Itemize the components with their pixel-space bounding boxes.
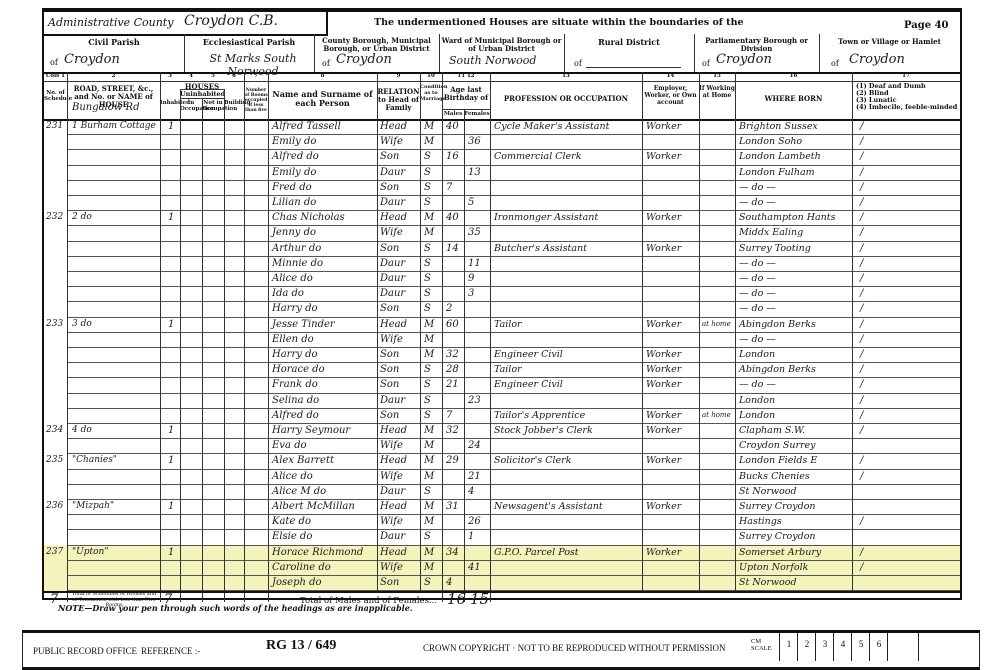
- age-male: 34: [446, 544, 459, 561]
- age-male: 14: [446, 240, 459, 257]
- working-at-home: at home: [702, 316, 731, 333]
- schedule-number: 231: [46, 118, 63, 135]
- inhabited-count: 1: [168, 118, 174, 135]
- age-female: 13: [468, 164, 481, 181]
- table-row: 237"Upton"1Horace RichmondHeadM34G.P.O. …: [44, 546, 960, 561]
- occupation: Cycle Maker's Assistant: [494, 118, 609, 135]
- house-name: "Upton": [72, 544, 108, 561]
- admin-county-label: Administrative County: [48, 16, 173, 29]
- occupation: Tailor: [494, 316, 522, 333]
- schedule-number: 232: [46, 209, 63, 226]
- age-male: 16: [446, 148, 459, 165]
- inhabited-count: 1: [168, 498, 174, 515]
- col-relation: RELATION to Head of Family: [377, 88, 420, 112]
- schedule-number: 236: [46, 498, 63, 515]
- age-female: 41: [468, 559, 481, 576]
- table-row: Emily doDaurS13London Fulham/: [44, 166, 960, 181]
- age-male: 60: [446, 316, 459, 333]
- inhabited-count: 1: [168, 422, 174, 439]
- admin-county-value: Croydon C.B.: [184, 13, 278, 29]
- total-males: 16: [447, 590, 466, 608]
- table-row: Fred doSonS7— do —/: [44, 181, 960, 196]
- county-borough-value: Croydon: [336, 52, 392, 67]
- census-table-body: 2311 Burham Cottage1Alfred TassellHeadM4…: [44, 120, 960, 591]
- copyright-text: CROWN COPYRIGHT · NOT TO BE REPRODUCED W…: [423, 643, 726, 653]
- condition: S: [424, 574, 431, 591]
- col-employer: Employer, Worker, or Own account: [642, 85, 699, 106]
- rural-district: Rural District of: [564, 34, 695, 72]
- age-female: 1: [468, 528, 474, 545]
- working-at-home: at home: [702, 407, 731, 424]
- employer-status: Worker: [646, 316, 681, 333]
- employer-status: Worker: [646, 240, 681, 257]
- age-male: 31: [446, 498, 459, 515]
- house-name: 1 Burham Cottage: [72, 118, 156, 135]
- office-label: PUBLIC RECORD OFFICE: [33, 646, 137, 656]
- birthplace: St Norwood: [739, 574, 797, 591]
- census-page: Administrative County Croydon C.B. The u…: [42, 8, 962, 600]
- col-in-occupation: In Occupation: [180, 100, 202, 112]
- table-row: Frank doSonS21Engineer CivilWorker— do —…: [44, 378, 960, 393]
- infirmity-mark: /: [860, 468, 863, 485]
- table-row: Joseph doSonS4St Norwood: [44, 576, 960, 591]
- parliamentary-borough: Parliamentary Borough or Division of Cro…: [694, 34, 820, 72]
- employer-status: Worker: [646, 148, 681, 165]
- table-row: 236"Mizpah"1Albert McMillanHeadM31Newsag…: [44, 500, 960, 515]
- age-female: 35: [468, 224, 481, 241]
- table-row: Alice doWifeM21Bucks Chenies/: [44, 470, 960, 485]
- col-schedule: No. of Schedule: [44, 90, 67, 102]
- town-value: Croydon: [849, 52, 905, 67]
- employer-status: Worker: [646, 118, 681, 135]
- total-females: 15: [470, 590, 489, 608]
- county-borough: County Borough, Municipal Borough, or Ur…: [314, 34, 440, 72]
- house-name: "Mizpah": [72, 498, 114, 515]
- occupation: Stock Jobber's Clerk: [494, 422, 593, 439]
- town: Town or Village or Hamlet of Croydon: [819, 34, 960, 72]
- person-name: Joseph do: [272, 574, 322, 591]
- house-name: "Chanies": [72, 452, 117, 469]
- relation: Son: [380, 574, 399, 591]
- table-row: 2311 Burham Cottage1Alfred TassellHeadM4…: [44, 120, 960, 135]
- scale-label: CM SCALE: [751, 638, 773, 652]
- employer-status: Worker: [646, 209, 681, 226]
- house-name: 2 do: [72, 209, 92, 226]
- occupation: Commercial Clerk: [494, 148, 581, 165]
- schedule-number: 234: [46, 422, 63, 439]
- age-male: 4: [446, 574, 452, 591]
- cm-scale: 1 2 3 4 5 6: [779, 633, 959, 661]
- admin-county-box: Administrative County Croydon C.B.: [44, 12, 328, 36]
- infirmity-mark: /: [860, 513, 863, 530]
- intro-text: The undermentioned Houses are situate wi…: [374, 17, 744, 28]
- infirmity-mark: /: [860, 422, 863, 439]
- house-name: 3 do: [72, 316, 92, 333]
- table-row: Alfred doSonS16Commercial ClerkWorkerLon…: [44, 150, 960, 165]
- table-row: 2333 do1Jesse TinderHeadM60TailorWorkera…: [44, 318, 960, 333]
- civil-parish-value: Croydon: [64, 52, 120, 67]
- col-age: Age last Birthday of: [442, 86, 490, 102]
- parliamentary-value: Croydon: [716, 52, 772, 67]
- civil-parish: Civil Parish of Croydon: [44, 34, 185, 72]
- employer-status: Worker: [646, 452, 681, 469]
- age-female: 3: [468, 285, 474, 302]
- occupation: Newsagent's Assistant: [494, 498, 603, 515]
- inhabited-count: 1: [168, 452, 174, 469]
- area-header: Civil Parish of Croydon Ecclesiastical P…: [44, 34, 960, 74]
- schedule-number: 237: [46, 544, 63, 561]
- age-female: 4: [468, 483, 474, 500]
- page-number: Page 40: [904, 20, 948, 31]
- age-male: 21: [446, 376, 459, 393]
- age-male: 7: [446, 179, 452, 196]
- column-headers: Cols 1 2 3 4 5 6 7 8 9 10 11 12 13 14 15…: [44, 72, 960, 121]
- employer-status: Worker: [646, 498, 681, 515]
- col-inhabited: Inhabited: [160, 100, 180, 106]
- table-row: Caroline doWifeM41Upton Norfolk/: [44, 561, 960, 576]
- occupation: G.P.O. Parcel Post: [494, 544, 579, 561]
- age-female: 36: [468, 133, 481, 150]
- occupation: Butcher's Assistant: [494, 240, 587, 257]
- occupation: Solicitor's Clerk: [494, 452, 571, 469]
- col-where-born: WHERE BORN: [735, 94, 852, 103]
- col-not-in-occupation: Not in Occupation: [202, 100, 224, 112]
- employer-status: Worker: [646, 376, 681, 393]
- reference-label: REFERENCE :-: [141, 646, 200, 656]
- age-female: 5: [468, 194, 474, 211]
- house-name: 4 do: [72, 422, 92, 439]
- table-row: Ida doDaurS3— do —/: [44, 287, 960, 302]
- col-name: Name and Surname of each Person: [268, 90, 377, 108]
- ward-value: South Norwood: [449, 54, 536, 67]
- table-row: 235"Chanies"1Alex BarrettHeadM29Solicito…: [44, 454, 960, 469]
- ward: Ward of Municipal Borough or of Urban Di…: [439, 34, 565, 72]
- schedule-number: 235: [46, 452, 63, 469]
- age-male: 40: [446, 118, 459, 135]
- employer-status: Worker: [646, 422, 681, 439]
- table-row: 2322 do1Chas NicholasHeadM40Ironmonger A…: [44, 211, 960, 226]
- table-row: Alice doDaurS9— do —/: [44, 272, 960, 287]
- col-occupation: PROFESSION OR OCCUPATION: [490, 94, 642, 103]
- schedule-number: 233: [46, 316, 63, 333]
- reference-footer: PUBLIC RECORD OFFICE REFERENCE :- RG 13 …: [22, 630, 980, 670]
- age-male: 29: [446, 452, 459, 469]
- col-building: Building: [224, 100, 244, 106]
- occupation: Ironmonger Assistant: [494, 209, 598, 226]
- inhabited-count: 1: [168, 544, 174, 561]
- table-row: Minnie doDaurS11— do —/: [44, 257, 960, 272]
- col-infirmity: (1) Deaf and Dumb (2) Blind (3) Lunatic …: [856, 83, 957, 111]
- age-female: 23: [468, 392, 481, 409]
- road-name: Bungalow Rd: [72, 102, 139, 113]
- col-working-at-home: If Working at Home: [699, 85, 735, 99]
- age-male: 32: [446, 422, 459, 439]
- reference-value: RG 13 / 649: [266, 638, 336, 654]
- table-row: Arthur doSonS14Butcher's AssistantWorker…: [44, 242, 960, 257]
- table-row: Kate doWifeM26Hastings/: [44, 515, 960, 530]
- table-row: 2344 do1Harry SeymourHeadM32Stock Jobber…: [44, 424, 960, 439]
- occupation: Engineer Civil: [494, 376, 563, 393]
- col-condition: Condition as to Marriage: [420, 84, 442, 102]
- ecclesiastical-parish: Ecclesiastical Parish St Marks South Nor…: [184, 34, 315, 72]
- employer-status: Worker: [646, 544, 681, 561]
- inhabited-count: 1: [168, 316, 174, 333]
- col-rooms: Number of Rooms occupied if less than fi…: [244, 88, 268, 113]
- note-text: NOTE—Draw your pen through such words of…: [58, 603, 413, 613]
- age-female: 24: [468, 437, 481, 454]
- age-male: 40: [446, 209, 459, 226]
- infirmity-mark: /: [860, 559, 863, 576]
- inhabited-count: 1: [168, 209, 174, 226]
